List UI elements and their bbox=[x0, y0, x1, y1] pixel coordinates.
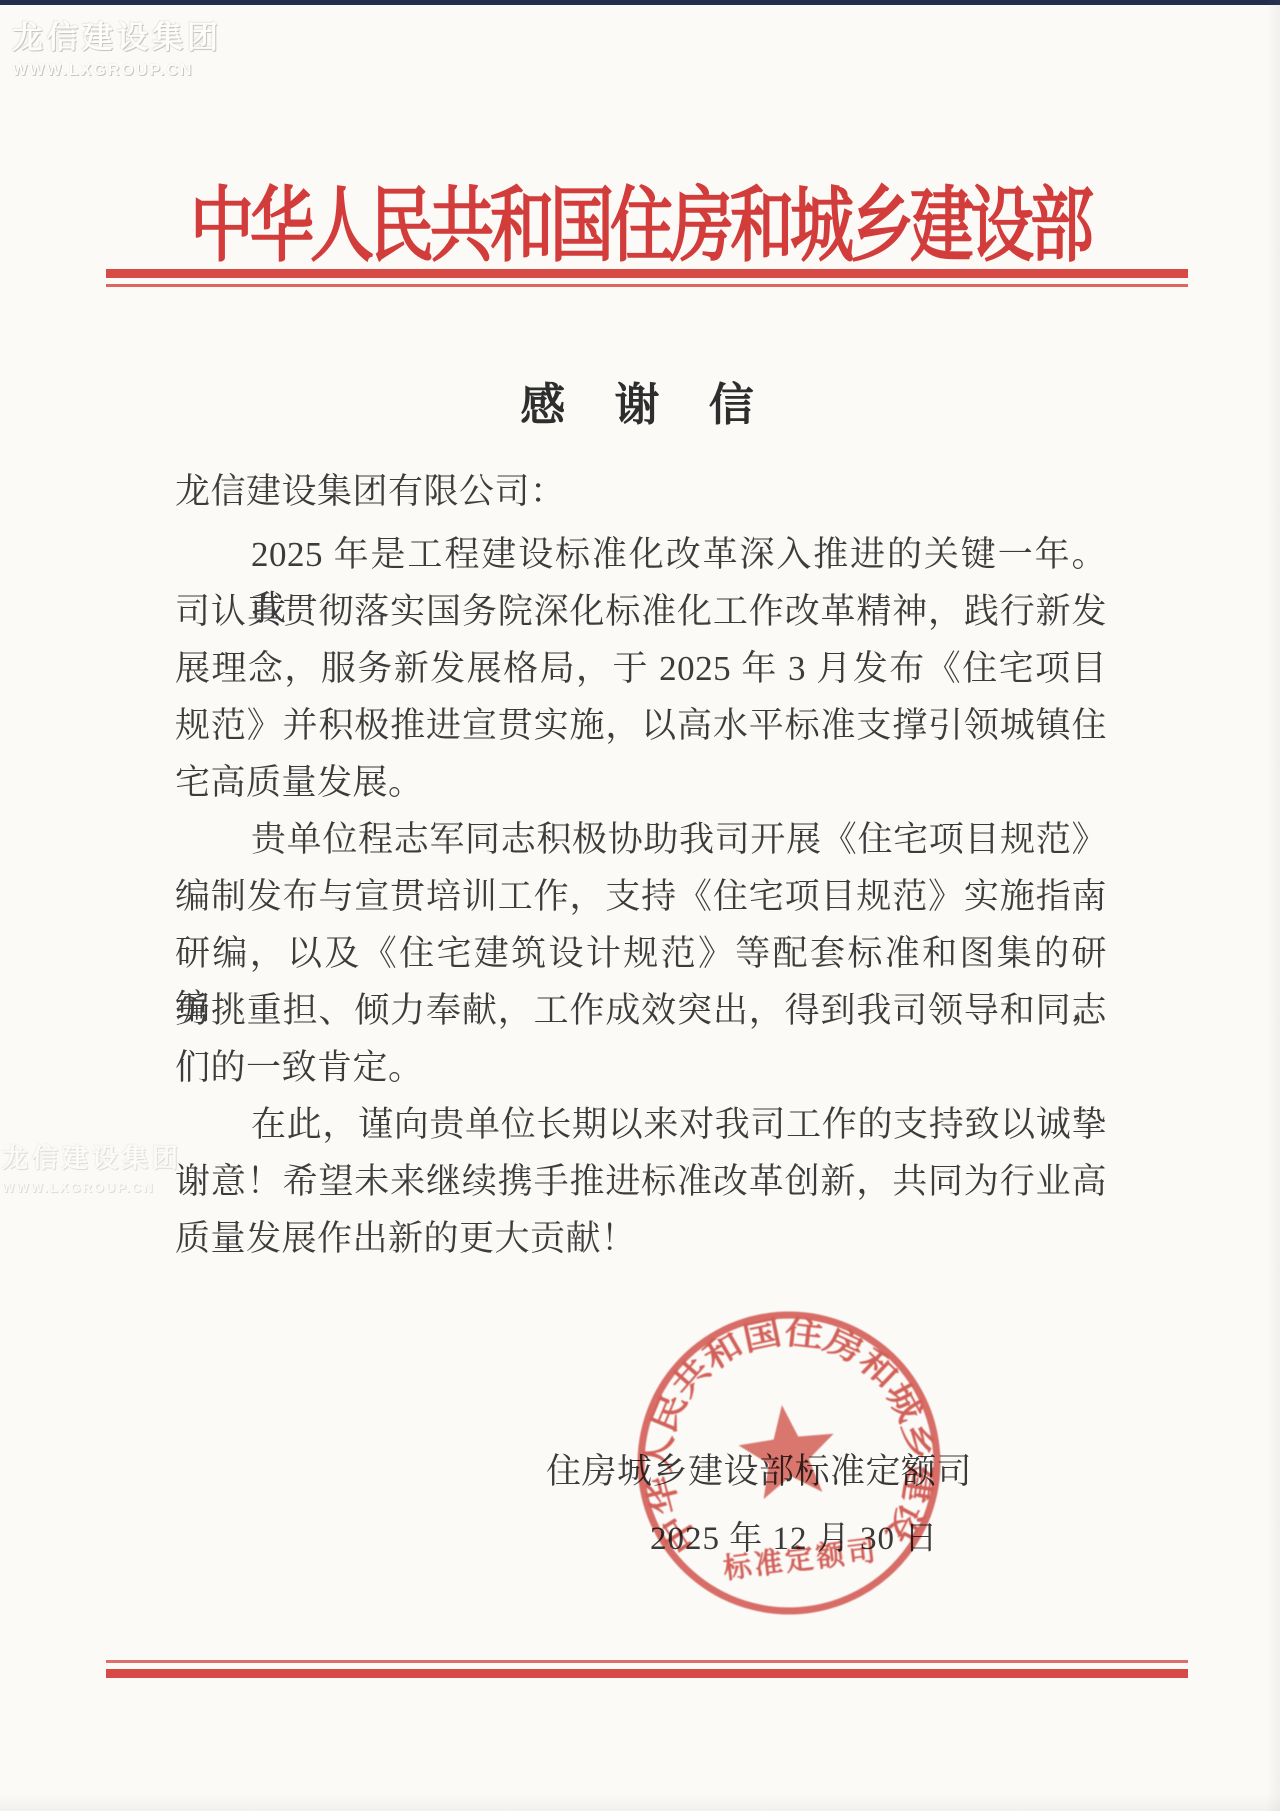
letter-title: 感 谢 信 bbox=[0, 368, 1280, 433]
body-paragraph-lines: 2025 年是工程建设标准化改革深入推进的关键一年。我司认真贯彻落实国务院深化标… bbox=[175, 528, 1107, 1269]
letterhead-rule-thin bbox=[106, 284, 1188, 287]
salutation: 龙信建设集团有限公司： bbox=[175, 466, 1107, 528]
body-line: 宅高质量发展。 bbox=[175, 756, 1107, 813]
body-line: 2025 年是工程建设标准化改革深入推进的关键一年。我 bbox=[175, 528, 1107, 585]
body-line: 质量发展作出新的更大贡献！ bbox=[175, 1212, 1107, 1269]
body-line: 谢意！希望未来继续携手推进标准改革创新，共同为行业高 bbox=[175, 1155, 1107, 1212]
body-line: 展理念，服务新发展格局，于 2025 年 3 月发布《住宅项目 bbox=[175, 642, 1107, 699]
official-red-seal: 中华人民共和国住房和城乡建设部 标准定额司 bbox=[610, 1284, 969, 1643]
body-line: 贵单位程志军同志积极协助我司开展《住宅项目规范》 bbox=[175, 813, 1107, 870]
company-watermark-top: 龙信建设集团 WWW.LXGROUP.CN bbox=[12, 12, 222, 80]
seal-bottom-text: 标准定额司 bbox=[721, 1534, 880, 1586]
watermark-company-url: WWW.LXGROUP.CN bbox=[2, 1180, 182, 1195]
company-watermark-side: 龙信建设集团 WWW.LXGROUP.CN bbox=[2, 1138, 182, 1195]
body-line: 勇挑重担、倾力奉献，工作成效突出，得到我司领导和同志 bbox=[175, 984, 1107, 1041]
ministry-letterhead-title: 中华人民共和国住房和城乡建设部 bbox=[0, 160, 1280, 278]
scan-top-edge-bar bbox=[0, 0, 1280, 5]
body-line: 编制发布与宣贯培训工作，支持《住宅项目规范》实施指南 bbox=[175, 870, 1107, 927]
footer-rule-thick bbox=[106, 1669, 1188, 1678]
watermark-company-name: 龙信建设集团 bbox=[2, 1138, 182, 1175]
footer-rule-thin bbox=[106, 1660, 1188, 1663]
body-line: 在此，谨向贵单位长期以来对我司工作的支持致以诚挚 bbox=[175, 1098, 1107, 1155]
seal-star-icon bbox=[734, 1399, 840, 1501]
letterhead-rule-thick bbox=[106, 269, 1188, 278]
watermark-company-url: WWW.LXGROUP.CN bbox=[12, 62, 222, 80]
watermark-company-name: 龙信建设集团 bbox=[12, 12, 222, 57]
body-line: 们的一致肯定。 bbox=[175, 1041, 1107, 1098]
scanned-letter-page: 龙信建设集团 WWW.LXGROUP.CN 中华人民共和国住房和城乡建设部 感 … bbox=[0, 0, 1280, 1811]
letter-body: 龙信建设集团有限公司： 2025 年是工程建设标准化改革深入推进的关键一年。我司… bbox=[175, 466, 1107, 1269]
body-line: 研编，以及《住宅建筑设计规范》等配套标准和图集的研编， bbox=[175, 927, 1107, 984]
body-line: 司认真贯彻落实国务院深化标准化工作改革精神，践行新发 bbox=[175, 585, 1107, 642]
body-line: 规范》并积极推进宣贯实施，以高水平标准支撑引领城镇住 bbox=[175, 699, 1107, 756]
